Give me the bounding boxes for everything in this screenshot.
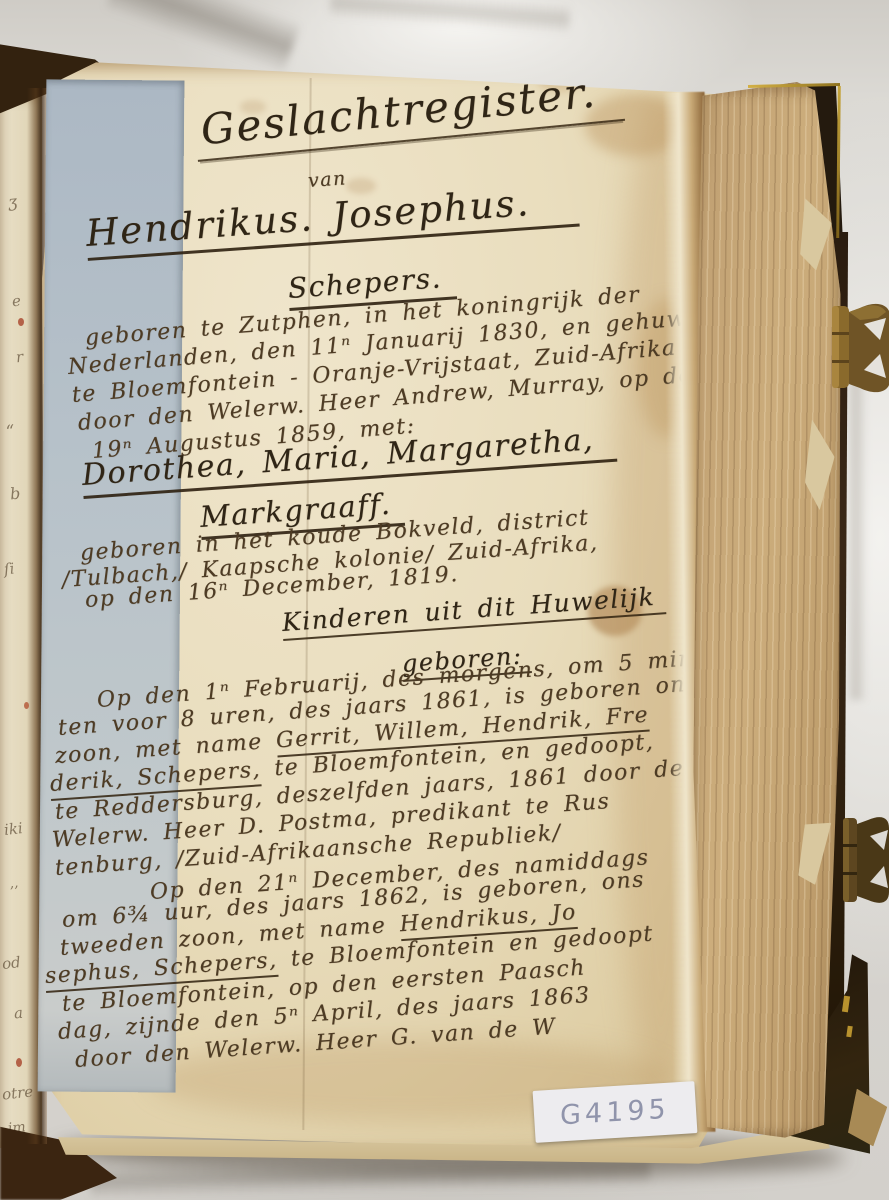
- left-page-text-fragment: b: [9, 484, 21, 504]
- left-page-text-fragment: od: [1, 953, 21, 973]
- gutter-stain: [16, 1058, 22, 1067]
- register-word-van: van: [307, 167, 347, 192]
- left-page-text-fragment: e: [11, 292, 22, 311]
- left-page-text-fragment: r: [15, 348, 24, 367]
- archive-label: G4195: [533, 1081, 698, 1143]
- gutter-stain: [18, 318, 24, 326]
- left-page-text-fragment: ſi: [3, 560, 15, 579]
- gutter-stain: [24, 702, 29, 709]
- left-page-text-fragment: a: [13, 1004, 24, 1023]
- archive-label-text: G4195: [560, 1093, 670, 1131]
- left-page-text-fragment: ʒ: [7, 192, 18, 212]
- family-register-photo: ʒ e r “ b ſi iki ’’ od a otre im Geslach…: [0, 0, 889, 1200]
- brass-hinge-bottom: [842, 812, 889, 908]
- left-page-text-fragment: ’’: [9, 884, 20, 901]
- left-page-text-fragment: “: [5, 422, 16, 443]
- cloth-fold-shadow: [846, 360, 866, 700]
- brass-hinge-top: [830, 298, 889, 398]
- left-page-text-fragment: iki: [3, 819, 23, 839]
